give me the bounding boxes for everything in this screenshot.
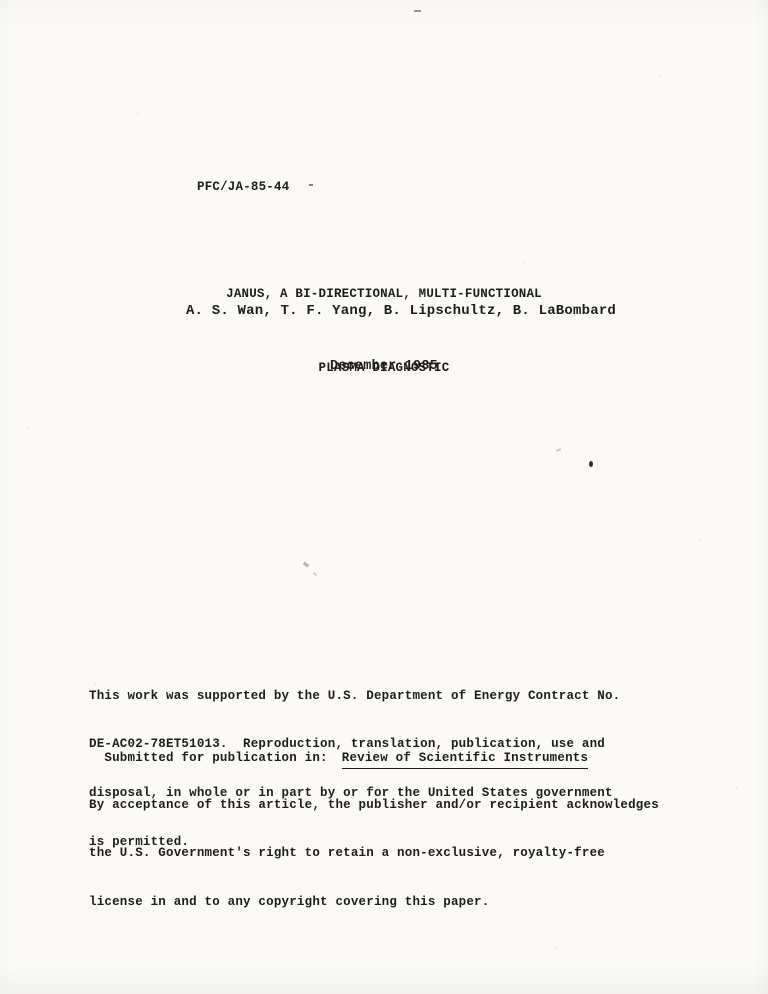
- copyright-paragraph: By acceptance of this article, the publi…: [89, 764, 659, 927]
- support-line: This work was supported by the U.S. Depa…: [89, 688, 620, 704]
- copyright-line: license in and to any copyright covering…: [89, 894, 659, 910]
- publication-date: December 1985: [0, 358, 768, 375]
- author-list: A. S. Wan, T. F. Yang, B. Lipschultz, B.…: [34, 303, 768, 320]
- scan-artifact-smudge: [313, 572, 317, 576]
- copyright-line: the U.S. Government's right to retain a …: [89, 845, 659, 861]
- scan-artifact-dot: [309, 184, 313, 186]
- scan-artifact-inkdot: [589, 461, 593, 467]
- report-number: PFC/JA-85-44: [197, 179, 289, 195]
- scan-artifact-dash: [414, 10, 421, 12]
- scan-artifact-smudge: [303, 562, 310, 568]
- copyright-line: By acceptance of this article, the publi…: [89, 797, 659, 813]
- scan-noise-speckles: [0, 0, 1, 1]
- scan-artifact-tick: [556, 448, 561, 452]
- scanned-report-page: { "page": { "background": "#fbfaf7", "in…: [0, 0, 768, 994]
